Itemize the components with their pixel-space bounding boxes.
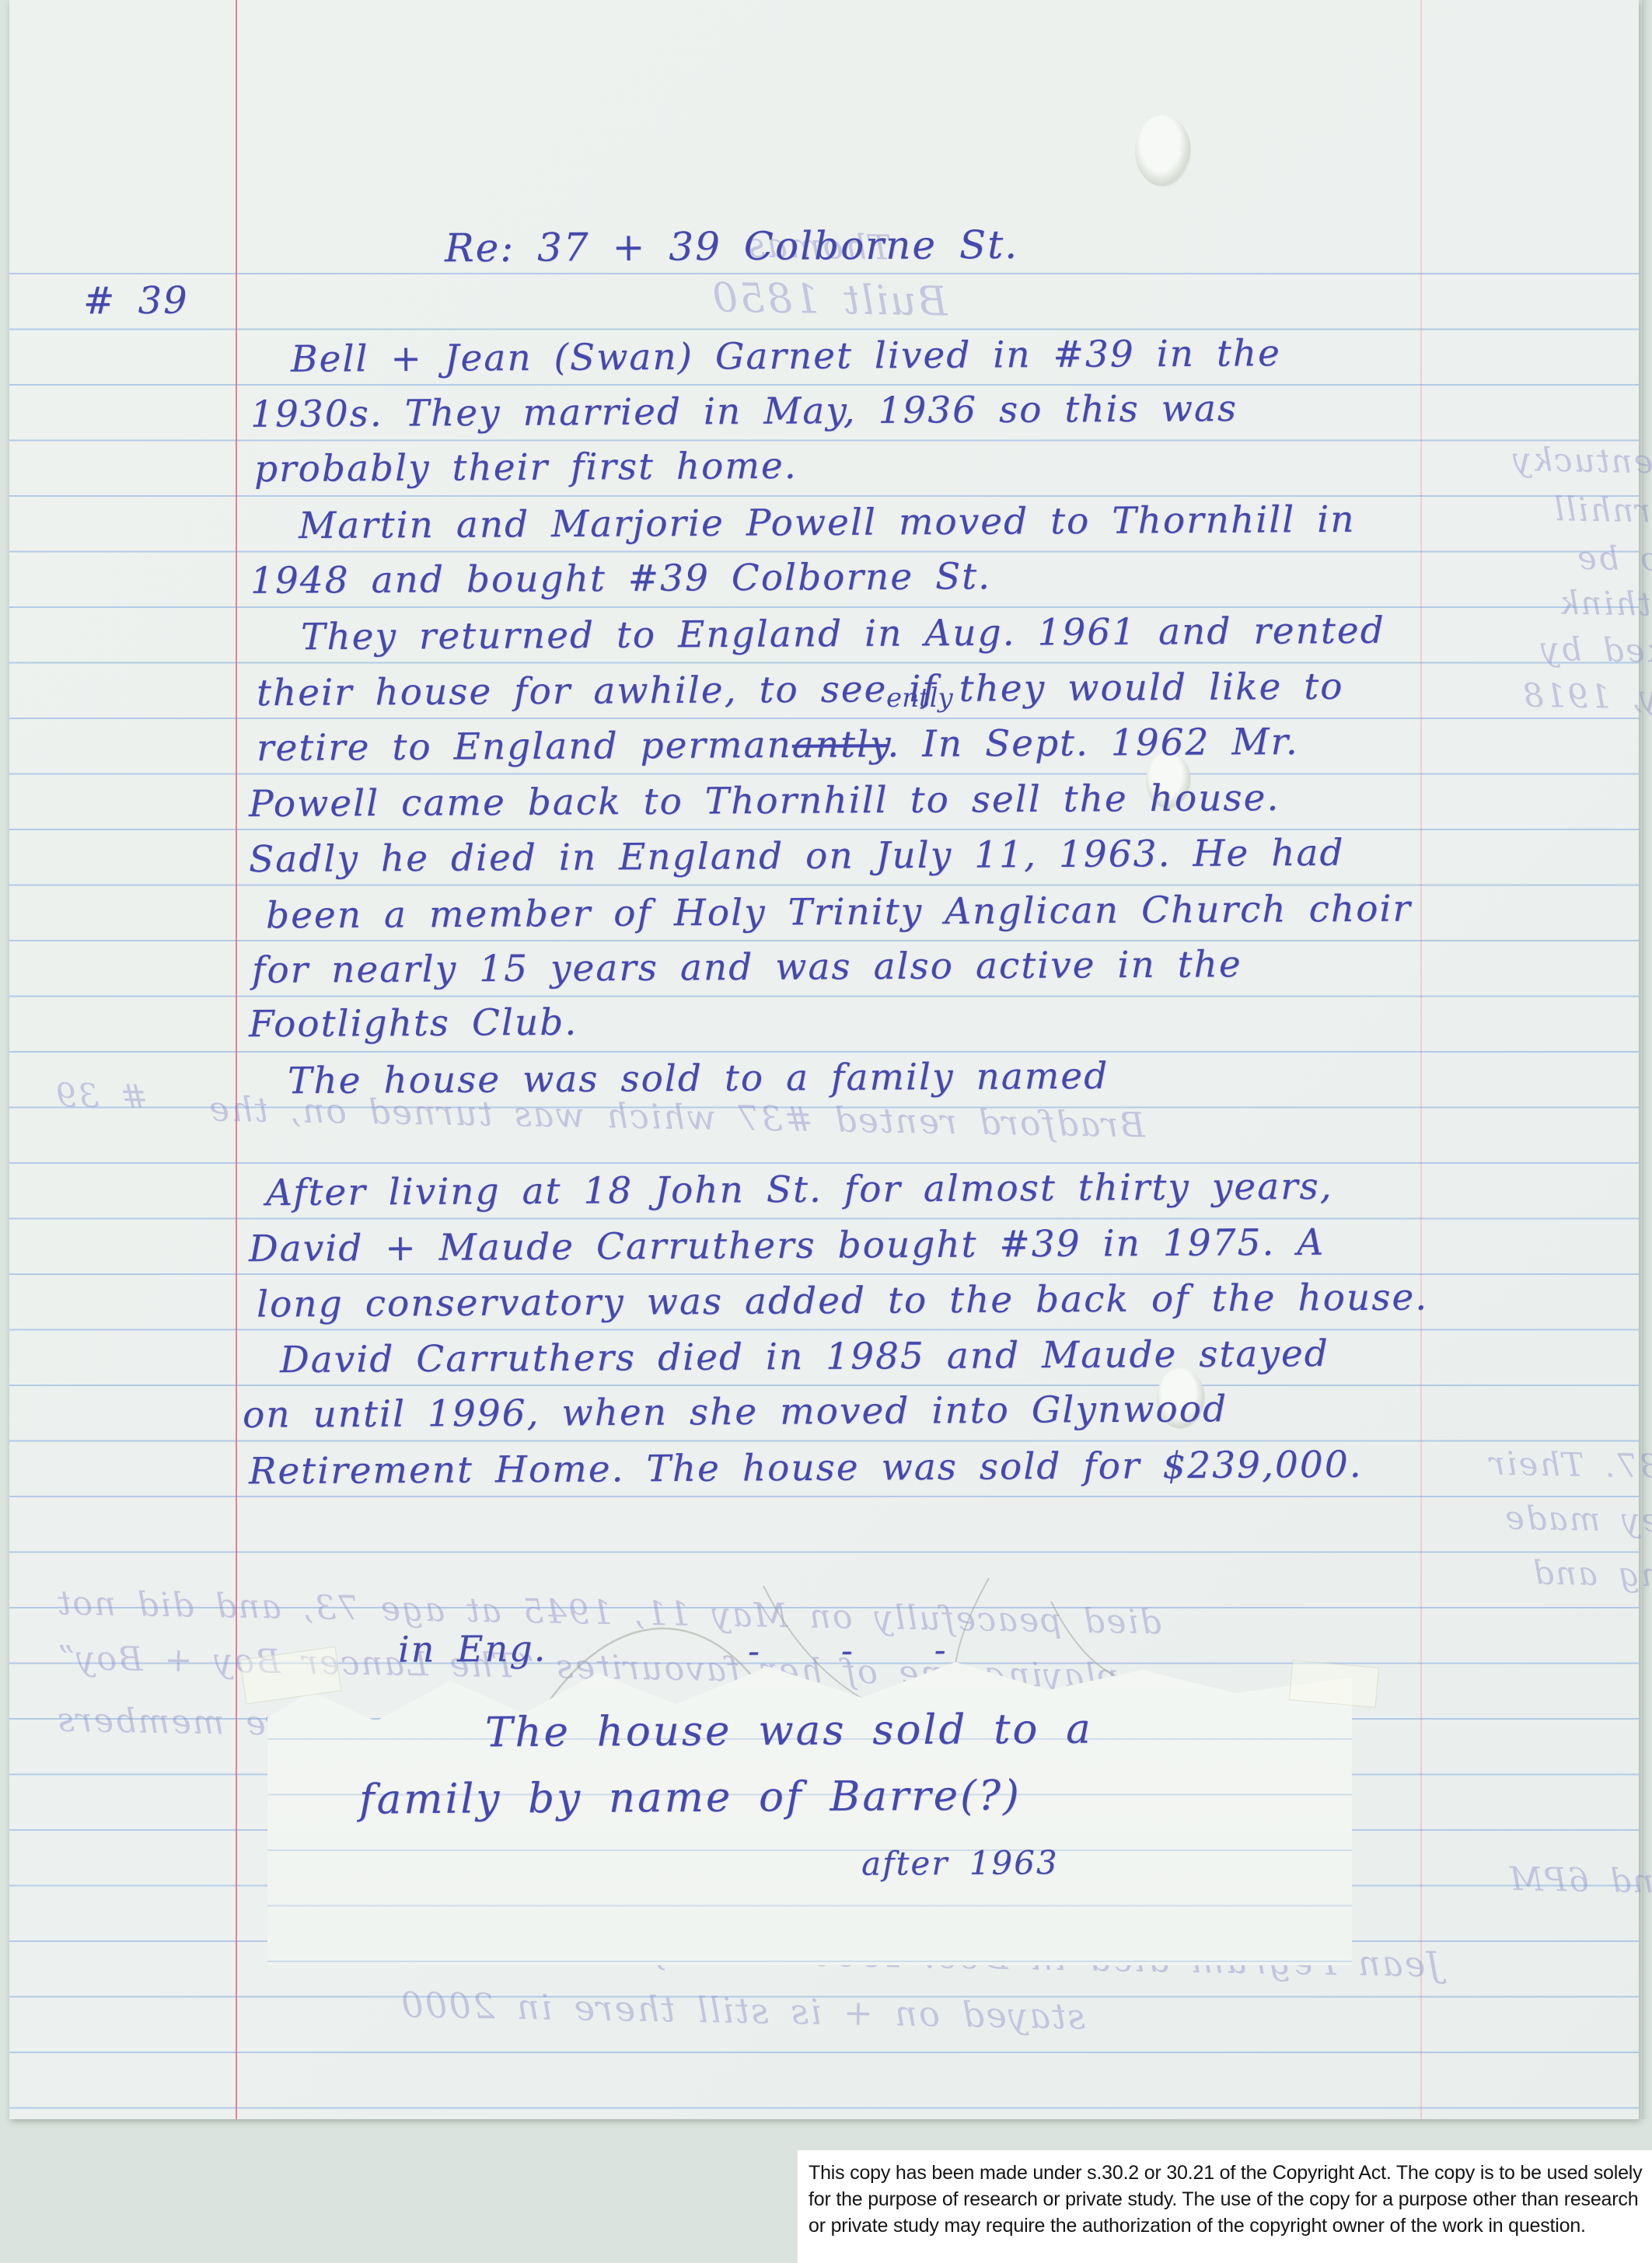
bleed-through-fragment: Kentucky bbox=[1511, 440, 1652, 481]
handwriting-line: their house for awhile, to see if they w… bbox=[257, 665, 1344, 715]
handwriting-line-with-correction: retire to England permanantly. In Sept. … bbox=[257, 721, 1299, 770]
bleed-through-fragment: picked by bbox=[1539, 630, 1652, 671]
handwriting-line: Powell came back to Thornhill to sell th… bbox=[249, 777, 1280, 826]
bleed-through-fragment: Thornhill bbox=[1552, 490, 1652, 531]
bleed-through-fragment: stayed on + is still there in 2000 bbox=[400, 1984, 1086, 2037]
bleed-through-fragment: today, 1918 bbox=[1521, 676, 1652, 718]
handwriting-line: on until 1996, when she moved into Glynw… bbox=[243, 1388, 1228, 1437]
struck-text: antly bbox=[792, 723, 888, 767]
note-line: after 1963 bbox=[861, 1843, 1059, 1883]
handwriting-line: Bell + Jean (Swan) Garnet lived in #39 i… bbox=[291, 332, 1281, 381]
handwriting-line: long conservatory was added to the back … bbox=[257, 1276, 1428, 1325]
handwriting-line: Retirement Home. The house was sold for … bbox=[249, 1444, 1363, 1493]
note-dashes: - - - bbox=[748, 1630, 977, 1671]
copyright-stamp-line: This copy has been made under s.30.2 or … bbox=[809, 2160, 1652, 2186]
handwriting-line: Footlights Club. bbox=[249, 1001, 578, 1046]
handwriting-line: Sadly he died in England on July 11, 196… bbox=[249, 832, 1345, 882]
handwriting-line: probably their first home. bbox=[254, 445, 798, 491]
inserted-correction-text: ently bbox=[886, 683, 953, 714]
bleed-through-fragment: I think bbox=[1558, 584, 1652, 624]
correction-after: . In Sept. 1962 Mr. bbox=[887, 721, 1299, 766]
note-line: family by name of Barre(?) bbox=[359, 1772, 1022, 1823]
bleed-through-fragment: Built 1850 bbox=[710, 274, 948, 325]
notebook-paper: Built 1850 Thomas Kentucky Thornhill to … bbox=[9, 0, 1639, 2119]
margin-line bbox=[236, 0, 237, 2119]
handwriting-line: They returned to England in Aug. 1961 an… bbox=[301, 609, 1385, 659]
correction-before: retire to England perman bbox=[257, 724, 792, 770]
handwriting-line: David Carruthers died in 1985 and Maude … bbox=[280, 1332, 1329, 1381]
bleed-through-fragment: and 6PM bbox=[1508, 1860, 1652, 1901]
margin-note: # 39 bbox=[83, 279, 189, 323]
margin-line-bleed bbox=[1420, 0, 1422, 2119]
handwriting-line: David + Maude Carruthers bought #39 in 1… bbox=[249, 1221, 1325, 1270]
handwriting-line: for nearly 15 years and was also active … bbox=[252, 943, 1242, 992]
bleed-through-fragment: ing and bbox=[1532, 1553, 1652, 1594]
handwriting-line: been a member of Holy Trinity Anglican C… bbox=[266, 887, 1412, 937]
note-fragment: in Eng. bbox=[398, 1627, 547, 1670]
paper-spot bbox=[1135, 115, 1191, 187]
handwriting-line: The house was sold to a family named bbox=[288, 1055, 1109, 1102]
bleed-through-fragment: #37. Their bbox=[1488, 1444, 1652, 1486]
handwriting-line: Martin and Marjorie Powell moved to Thor… bbox=[299, 498, 1356, 547]
handwriting-line: 1948 and bought #39 Colborne St. bbox=[250, 555, 991, 602]
bleed-through-fragment: to be bbox=[1576, 539, 1652, 578]
page-title: Re: 37 + 39 Colborne St. bbox=[445, 222, 1018, 271]
scanned-document: { "document": { "header_line": "Re: 37 +… bbox=[0, 0, 1652, 2263]
tape-strip bbox=[1289, 1660, 1379, 1708]
handwriting-line: 1930s. They married in May, 1936 so this… bbox=[250, 387, 1238, 436]
copyright-stamp-line: for the purpose of research or private s… bbox=[809, 2186, 1652, 2212]
bleed-through-fragment: They made bbox=[1504, 1499, 1652, 1541]
copyright-stamp: This copy has been made under s.30.2 or … bbox=[798, 2150, 1652, 2263]
note-line: The house was sold to a bbox=[485, 1706, 1093, 1757]
handwriting-line: After living at 18 John St. for almost t… bbox=[266, 1165, 1333, 1214]
paper-edge-shadow bbox=[1642, 0, 1650, 2119]
bleed-through-fragment: # 39 bbox=[54, 1076, 148, 1116]
copyright-stamp-line: or private study may require the authori… bbox=[809, 2212, 1652, 2239]
